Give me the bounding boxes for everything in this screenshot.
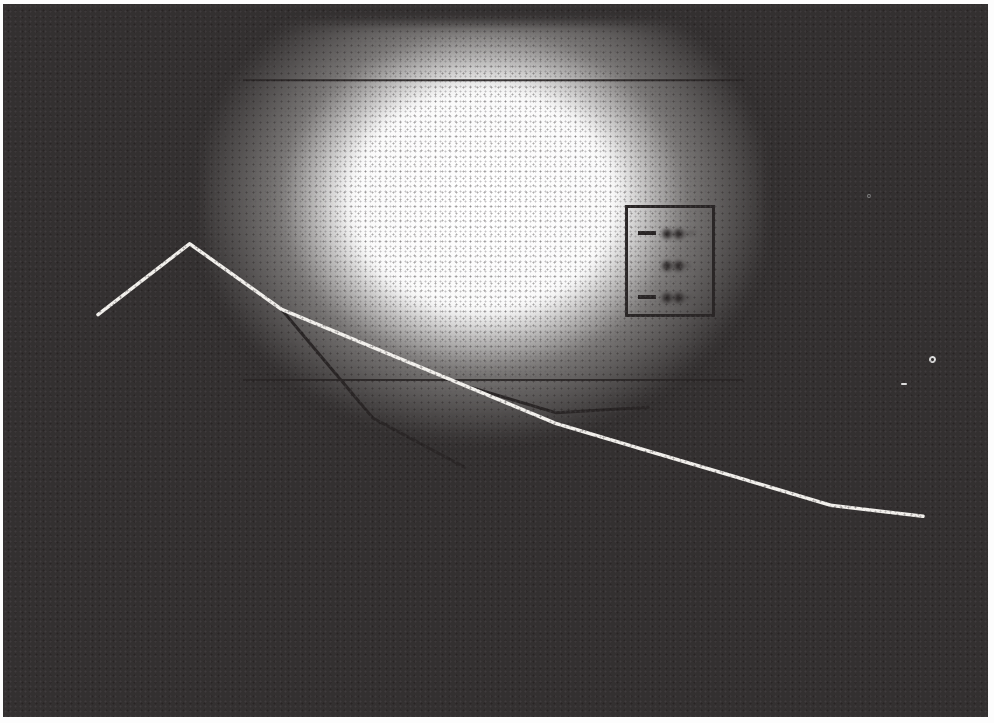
legend-label-2: ●●- <box>662 258 691 272</box>
legend-entry-2: ●●- <box>638 258 691 272</box>
dust-speck <box>929 356 936 363</box>
legend-swatch-3 <box>638 295 656 299</box>
dust-speck <box>867 194 871 198</box>
legend-entry-1: ●●-· <box>638 226 696 240</box>
plot-area <box>3 4 988 717</box>
legend-swatch-1 <box>638 231 656 235</box>
legend-label-3: ●●- <box>662 290 691 304</box>
series-line-2 <box>281 309 648 413</box>
legend-entry-3: ●●- <box>638 290 691 304</box>
dust-speck <box>901 383 907 385</box>
legend-swatch-2 <box>638 263 656 267</box>
legend-label-1: ●●-· <box>662 226 696 240</box>
chart-frame: ●●-· ●●- ●●- <box>3 4 988 717</box>
legend: ●●-· ●●- ●●- <box>625 205 715 317</box>
series-line-3 <box>281 309 464 467</box>
